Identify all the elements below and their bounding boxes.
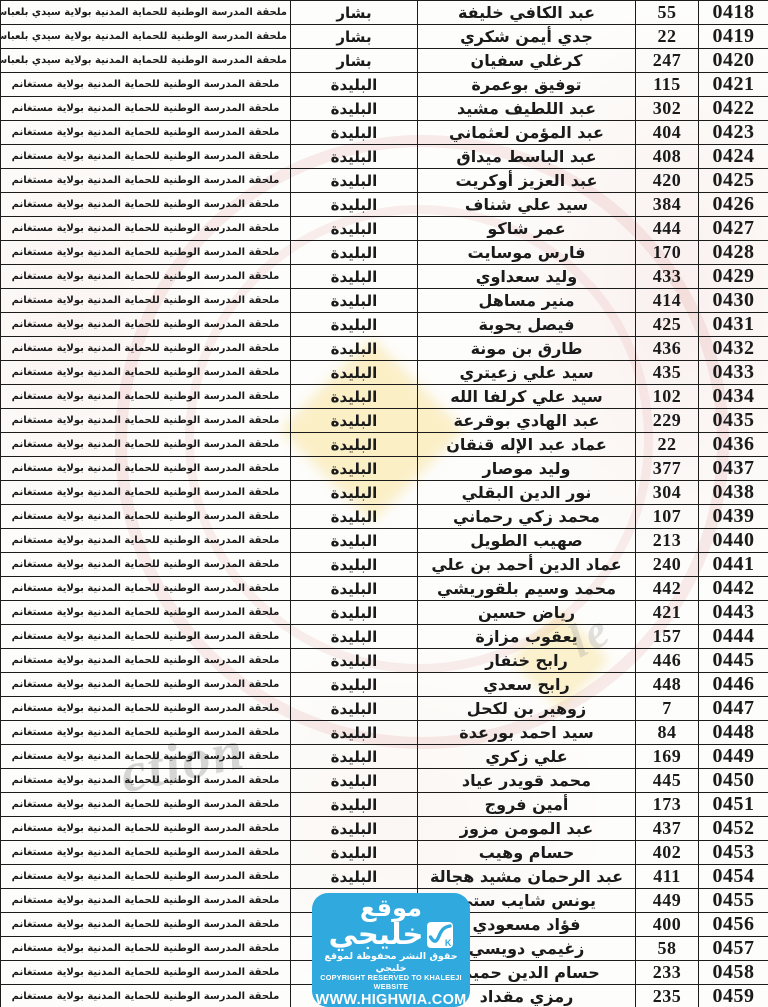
cell-affiliation: ملحقة المدرسة الوطنية للحماية المدنية بو…: [1, 961, 291, 985]
table-row: ملحقة المدرسة الوطنية للحماية المدنية بو…: [1, 169, 768, 193]
cell-id: 0447: [699, 697, 768, 721]
watermark-brand-name: خليجي: [329, 920, 424, 949]
cell-name: عبد الكافي خليفة: [418, 1, 636, 25]
cell-affiliation: ملحقة المدرسة الوطنية للحماية المدنية بو…: [1, 145, 291, 169]
cell-number: 170: [636, 241, 699, 265]
cell-name: كرغلي سفيان: [418, 49, 636, 73]
table-row: ملحقة المدرسة الوطنية للحماية المدنية بو…: [1, 73, 768, 97]
cell-number: 213: [636, 529, 699, 553]
cell-number: 442: [636, 577, 699, 601]
cell-affiliation: ملحقة المدرسة الوطنية للحماية المدنية بو…: [1, 625, 291, 649]
cell-id: 0436: [699, 433, 768, 457]
cell-id: 0438: [699, 481, 768, 505]
cell-id: 0455: [699, 889, 768, 913]
table-row: ملحقة المدرسة الوطنية للحماية المدنية بو…: [1, 193, 768, 217]
table-row: ملحقة المدرسة الوطنية للحماية المدنية بو…: [1, 673, 768, 697]
table-row: ملحقة المدرسة الوطنية للحماية المدنية بو…: [1, 337, 768, 361]
roster-table-body: ملحقة المدرسة الوطنية للحماية المدنية بو…: [1, 1, 768, 1007]
cell-location: البليدة: [291, 193, 418, 217]
cell-location: البليدة: [291, 769, 418, 793]
cell-id: 0457: [699, 937, 768, 961]
cell-location: البليدة: [291, 265, 418, 289]
cell-id: 0430: [699, 289, 768, 313]
table-row: ملحقة المدرسة الوطنية للحماية المدنية بو…: [1, 121, 768, 145]
cell-id: 0422: [699, 97, 768, 121]
cell-location: البليدة: [291, 841, 418, 865]
khaleeji-logo-icon: K: [427, 922, 453, 948]
cell-affiliation: ملحقة المدرسة الوطنية للحماية المدنية بو…: [1, 985, 291, 1007]
cell-affiliation: ملحقة المدرسة الوطنية للحماية المدنية بو…: [1, 841, 291, 865]
cell-id: 0427: [699, 217, 768, 241]
cell-location: البليدة: [291, 217, 418, 241]
cell-affiliation: ملحقة المدرسة الوطنية للحماية المدنية بو…: [1, 865, 291, 889]
cell-number: 102: [636, 385, 699, 409]
cell-affiliation: ملحقة المدرسة الوطنية للحماية المدنية بو…: [1, 553, 291, 577]
cell-name: نور الدين البقلي: [418, 481, 636, 505]
cell-location: بشار: [291, 1, 418, 25]
cell-name: عبد الهادي بوقرعة: [418, 409, 636, 433]
table-row: ملحقة المدرسة الوطنية للحماية المدنية بو…: [1, 841, 768, 865]
cell-name: وليد موصار: [418, 457, 636, 481]
table-row: ملحقة المدرسة الوطنية للحماية المدنية بو…: [1, 481, 768, 505]
cell-affiliation: ملحقة المدرسة الوطنية للحماية المدنية بو…: [1, 481, 291, 505]
cell-number: 107: [636, 505, 699, 529]
table-row: ملحقة المدرسة الوطنية للحماية المدنية بو…: [1, 385, 768, 409]
cell-number: 437: [636, 817, 699, 841]
cell-location: البليدة: [291, 361, 418, 385]
cell-location: البليدة: [291, 577, 418, 601]
table-row: ملحقة المدرسة الوطنية للحماية المدنية بو…: [1, 769, 768, 793]
cell-affiliation: ملحقة المدرسة الوطنية للحماية المدنية بو…: [1, 505, 291, 529]
table-row: ملحقة المدرسة الوطنية للحماية المدنية بو…: [1, 865, 768, 889]
cell-id: 0449: [699, 745, 768, 769]
cell-id: 0454: [699, 865, 768, 889]
cell-location: البليدة: [291, 97, 418, 121]
table-row: ملحقة المدرسة الوطنية للحماية المدنية بو…: [1, 649, 768, 673]
cell-location: البليدة: [291, 673, 418, 697]
cell-id: 0421: [699, 73, 768, 97]
cell-id: 0432: [699, 337, 768, 361]
cell-id: 0445: [699, 649, 768, 673]
cell-id: 0429: [699, 265, 768, 289]
cell-number: 55: [636, 1, 699, 25]
cell-location: البليدة: [291, 73, 418, 97]
cell-id: 0441: [699, 553, 768, 577]
table-row: ملحقة المدرسة الوطنية للحماية المدنية بو…: [1, 49, 768, 73]
cell-location: البليدة: [291, 385, 418, 409]
cell-location: البليدة: [291, 865, 418, 889]
cell-location: البليدة: [291, 409, 418, 433]
table-row: ملحقة المدرسة الوطنية للحماية المدنية بو…: [1, 817, 768, 841]
cell-number: 377: [636, 457, 699, 481]
cell-name: أمين فروج: [418, 793, 636, 817]
cell-affiliation: ملحقة المدرسة الوطنية للحماية المدنية بو…: [1, 217, 291, 241]
cell-name: عبد المومن مزوز: [418, 817, 636, 841]
cell-affiliation: ملحقة المدرسة الوطنية للحماية المدنية بو…: [1, 337, 291, 361]
cell-id: 0426: [699, 193, 768, 217]
cell-number: 421: [636, 601, 699, 625]
table-row: ملحقة المدرسة الوطنية للحماية المدنية بو…: [1, 433, 768, 457]
cell-number: 433: [636, 265, 699, 289]
cell-id: 0458: [699, 961, 768, 985]
table-row: ملحقة المدرسة الوطنية للحماية المدنية بو…: [1, 601, 768, 625]
cell-name: سيد علي كرلفا الله: [418, 385, 636, 409]
cell-affiliation: ملحقة المدرسة الوطنية للحماية المدنية بو…: [1, 889, 291, 913]
cell-number: 445: [636, 769, 699, 793]
cell-location: البليدة: [291, 721, 418, 745]
table-row: ملحقة المدرسة الوطنية للحماية المدنية بو…: [1, 289, 768, 313]
cell-id: 0450: [699, 769, 768, 793]
table-row: ملحقة المدرسة الوطنية للحماية المدنية بو…: [1, 217, 768, 241]
cell-affiliation: ملحقة المدرسة الوطنية للحماية المدنية بو…: [1, 457, 291, 481]
cell-location: البليدة: [291, 817, 418, 841]
cell-affiliation: ملحقة المدرسة الوطنية للحماية المدنية بو…: [1, 25, 291, 49]
cell-name: عبد الرحمان مشيد هجالة: [418, 865, 636, 889]
cell-name: عمر شاكو: [418, 217, 636, 241]
cell-id: 0443: [699, 601, 768, 625]
cell-id: 0453: [699, 841, 768, 865]
cell-name: عبد العزيز أوكريت: [418, 169, 636, 193]
cell-number: 400: [636, 913, 699, 937]
cell-affiliation: ملحقة المدرسة الوطنية للحماية المدنية بو…: [1, 121, 291, 145]
cell-affiliation: ملحقة المدرسة الوطنية للحماية المدنية بو…: [1, 601, 291, 625]
table-row: ملحقة المدرسة الوطنية للحماية المدنية بو…: [1, 97, 768, 121]
cell-id: 0459: [699, 985, 768, 1007]
cell-number: 247: [636, 49, 699, 73]
cell-affiliation: ملحقة المدرسة الوطنية للحماية المدنية بو…: [1, 385, 291, 409]
cell-number: 115: [636, 73, 699, 97]
cell-affiliation: ملحقة المدرسة الوطنية للحماية المدنية بو…: [1, 433, 291, 457]
cell-name: محمد قويدر عياد: [418, 769, 636, 793]
cell-location: البليدة: [291, 649, 418, 673]
cell-affiliation: ملحقة المدرسة الوطنية للحماية المدنية بو…: [1, 1, 291, 25]
cell-affiliation: ملحقة المدرسة الوطنية للحماية المدنية بو…: [1, 361, 291, 385]
cell-name: عبد المؤمن لعثماني: [418, 121, 636, 145]
cell-location: البليدة: [291, 313, 418, 337]
cell-number: 408: [636, 145, 699, 169]
cell-name: رابح خنفار: [418, 649, 636, 673]
cell-affiliation: ملحقة المدرسة الوطنية للحماية المدنية بو…: [1, 529, 291, 553]
table-row: ملحقة المدرسة الوطنية للحماية المدنية بو…: [1, 241, 768, 265]
cell-number: 411: [636, 865, 699, 889]
table-row: ملحقة المدرسة الوطنية للحماية المدنية بو…: [1, 145, 768, 169]
cell-number: 229: [636, 409, 699, 433]
cell-id: 0428: [699, 241, 768, 265]
cell-id: 0440: [699, 529, 768, 553]
document-page: ction le ملحقة المدرسة الوطنية للحماية ا…: [0, 0, 768, 1007]
cell-id: 0434: [699, 385, 768, 409]
cell-location: البليدة: [291, 433, 418, 457]
table-row: ملحقة المدرسة الوطنية للحماية المدنية بو…: [1, 313, 768, 337]
cell-name: علي زكري: [418, 745, 636, 769]
cell-location: بشار: [291, 25, 418, 49]
cell-name: فارس موسايت: [418, 241, 636, 265]
cell-affiliation: ملحقة المدرسة الوطنية للحماية المدنية بو…: [1, 241, 291, 265]
cell-location: البليدة: [291, 169, 418, 193]
cell-name: سيد علي زعيتري: [418, 361, 636, 385]
cell-number: 22: [636, 25, 699, 49]
cell-number: 404: [636, 121, 699, 145]
cell-name: صهيب الطويل: [418, 529, 636, 553]
cell-affiliation: ملحقة المدرسة الوطنية للحماية المدنية بو…: [1, 49, 291, 73]
table-row: ملحقة المدرسة الوطنية للحماية المدنية بو…: [1, 457, 768, 481]
table-row: ملحقة المدرسة الوطنية للحماية المدنية بو…: [1, 529, 768, 553]
cell-id: 0439: [699, 505, 768, 529]
cell-affiliation: ملحقة المدرسة الوطنية للحماية المدنية بو…: [1, 169, 291, 193]
table-row: ملحقة المدرسة الوطنية للحماية المدنية بو…: [1, 25, 768, 49]
watermark-url: WWW.HIGHWIA.COM: [315, 992, 466, 1007]
cell-id: 0451: [699, 793, 768, 817]
cell-affiliation: ملحقة المدرسة الوطنية للحماية المدنية بو…: [1, 769, 291, 793]
cell-affiliation: ملحقة المدرسة الوطنية للحماية المدنية بو…: [1, 193, 291, 217]
table-row: ملحقة المدرسة الوطنية للحماية المدنية بو…: [1, 721, 768, 745]
cell-number: 304: [636, 481, 699, 505]
cell-id: 0424: [699, 145, 768, 169]
cell-affiliation: ملحقة المدرسة الوطنية للحماية المدنية بو…: [1, 577, 291, 601]
cell-name: عماد عبد الإله قنقان: [418, 433, 636, 457]
cell-number: 414: [636, 289, 699, 313]
cell-affiliation: ملحقة المدرسة الوطنية للحماية المدنية بو…: [1, 673, 291, 697]
cell-name: منير مساهل: [418, 289, 636, 313]
cell-name: توفيق بوعمرة: [418, 73, 636, 97]
table-row: ملحقة المدرسة الوطنية للحماية المدنية بو…: [1, 745, 768, 769]
cell-affiliation: ملحقة المدرسة الوطنية للحماية المدنية بو…: [1, 649, 291, 673]
cell-number: 448: [636, 673, 699, 697]
cell-location: البليدة: [291, 121, 418, 145]
cell-affiliation: ملحقة المدرسة الوطنية للحماية المدنية بو…: [1, 913, 291, 937]
cell-number: 446: [636, 649, 699, 673]
cell-affiliation: ملحقة المدرسة الوطنية للحماية المدنية بو…: [1, 745, 291, 769]
cell-name: عماد الدين أحمد بن علي: [418, 553, 636, 577]
table-row: ملحقة المدرسة الوطنية للحماية المدنية بو…: [1, 793, 768, 817]
cell-id: 0423: [699, 121, 768, 145]
cell-id: 0435: [699, 409, 768, 433]
cell-number: 233: [636, 961, 699, 985]
table-row: ملحقة المدرسة الوطنية للحماية المدنية بو…: [1, 409, 768, 433]
cell-id: 0420: [699, 49, 768, 73]
cell-id: 0446: [699, 673, 768, 697]
cell-number: 425: [636, 313, 699, 337]
cell-name: رابح سعدي: [418, 673, 636, 697]
cell-location: البليدة: [291, 793, 418, 817]
cell-number: 58: [636, 937, 699, 961]
cell-location: البليدة: [291, 625, 418, 649]
cell-affiliation: ملحقة المدرسة الوطنية للحماية المدنية بو…: [1, 409, 291, 433]
cell-id: 0431: [699, 313, 768, 337]
table-row: ملحقة المدرسة الوطنية للحماية المدنية بو…: [1, 625, 768, 649]
cell-id: 0448: [699, 721, 768, 745]
cell-number: 436: [636, 337, 699, 361]
cell-location: البليدة: [291, 337, 418, 361]
cell-location: البليدة: [291, 145, 418, 169]
cell-id: 0425: [699, 169, 768, 193]
cell-name: فيصل يحوبة: [418, 313, 636, 337]
cell-id: 0444: [699, 625, 768, 649]
cell-number: 157: [636, 625, 699, 649]
cell-name: حسام وهيب: [418, 841, 636, 865]
cell-number: 240: [636, 553, 699, 577]
cell-number: 302: [636, 97, 699, 121]
roster-table: ملحقة المدرسة الوطنية للحماية المدنية بو…: [0, 0, 768, 1007]
cell-affiliation: ملحقة المدرسة الوطنية للحماية المدنية بو…: [1, 793, 291, 817]
cell-name: سيد علي شناف: [418, 193, 636, 217]
cell-location: البليدة: [291, 529, 418, 553]
table-row: ملحقة المدرسة الوطنية للحماية المدنية بو…: [1, 553, 768, 577]
cell-id: 0442: [699, 577, 768, 601]
cell-affiliation: ملحقة المدرسة الوطنية للحماية المدنية بو…: [1, 721, 291, 745]
cell-number: 384: [636, 193, 699, 217]
cell-location: البليدة: [291, 505, 418, 529]
cell-name: عبد اللطيف مشيد: [418, 97, 636, 121]
table-row: ملحقة المدرسة الوطنية للحماية المدنية بو…: [1, 361, 768, 385]
cell-name: زوهير بن لكحل: [418, 697, 636, 721]
cell-id: 0437: [699, 457, 768, 481]
khaleeji-watermark-badge: موقع K خليجي حقوق النشر محفوظة لموقع خلي…: [312, 893, 470, 1007]
cell-name: محمد وسيم بلقوريشي: [418, 577, 636, 601]
table-row: ملحقة المدرسة الوطنية للحماية المدنية بو…: [1, 505, 768, 529]
cell-affiliation: ملحقة المدرسة الوطنية للحماية المدنية بو…: [1, 265, 291, 289]
cell-affiliation: ملحقة المدرسة الوطنية للحماية المدنية بو…: [1, 73, 291, 97]
cell-location: بشار: [291, 49, 418, 73]
watermark-rights-english: COPYRIGHT RESERVED TO KHALEEJI WEBSITE: [312, 974, 470, 992]
cell-location: البليدة: [291, 241, 418, 265]
cell-number: 444: [636, 217, 699, 241]
cell-affiliation: ملحقة المدرسة الوطنية للحماية المدنية بو…: [1, 697, 291, 721]
watermark-brand-row: K خليجي: [329, 920, 454, 949]
cell-location: البليدة: [291, 601, 418, 625]
cell-affiliation: ملحقة المدرسة الوطنية للحماية المدنية بو…: [1, 313, 291, 337]
cell-affiliation: ملحقة المدرسة الوطنية للحماية المدنية بو…: [1, 97, 291, 121]
cell-name: طارق بن مونة: [418, 337, 636, 361]
cell-name: جدي أيمن شكري: [418, 25, 636, 49]
cell-name: يعقوب مزازة: [418, 625, 636, 649]
table-row: ملحقة المدرسة الوطنية للحماية المدنية بو…: [1, 1, 768, 25]
cell-id: 0433: [699, 361, 768, 385]
cell-number: 22: [636, 433, 699, 457]
cell-number: 169: [636, 745, 699, 769]
cell-location: البليدة: [291, 289, 418, 313]
cell-name: محمد زكي رحماني: [418, 505, 636, 529]
cell-affiliation: ملحقة المدرسة الوطنية للحماية المدنية بو…: [1, 817, 291, 841]
cell-name: وليد سعداوي: [418, 265, 636, 289]
cell-id: 0452: [699, 817, 768, 841]
table-row: ملحقة المدرسة الوطنية للحماية المدنية بو…: [1, 577, 768, 601]
cell-location: البليدة: [291, 553, 418, 577]
cell-name: رياض حسين: [418, 601, 636, 625]
cell-affiliation: ملحقة المدرسة الوطنية للحماية المدنية بو…: [1, 289, 291, 313]
table-row: ملحقة المدرسة الوطنية للحماية المدنية بو…: [1, 265, 768, 289]
cell-number: 449: [636, 889, 699, 913]
cell-id: 0418: [699, 1, 768, 25]
cell-location: البليدة: [291, 697, 418, 721]
cell-number: 235: [636, 985, 699, 1007]
cell-number: 84: [636, 721, 699, 745]
cell-number: 420: [636, 169, 699, 193]
cell-id: 0419: [699, 25, 768, 49]
cell-location: البليدة: [291, 745, 418, 769]
cell-location: البليدة: [291, 481, 418, 505]
cell-number: 173: [636, 793, 699, 817]
cell-number: 435: [636, 361, 699, 385]
cell-number: 402: [636, 841, 699, 865]
cell-id: 0456: [699, 913, 768, 937]
cell-affiliation: ملحقة المدرسة الوطنية للحماية المدنية بو…: [1, 937, 291, 961]
watermark-rights-arabic: حقوق النشر محفوظة لموقع خليجي: [312, 951, 470, 974]
cell-name: سيد احمد بورعدة: [418, 721, 636, 745]
logo-letter: K: [445, 939, 452, 948]
cell-number: 7: [636, 697, 699, 721]
table-row: ملحقة المدرسة الوطنية للحماية المدنية بو…: [1, 697, 768, 721]
cell-location: البليدة: [291, 457, 418, 481]
cell-name: عبد الباسط ميداق: [418, 145, 636, 169]
